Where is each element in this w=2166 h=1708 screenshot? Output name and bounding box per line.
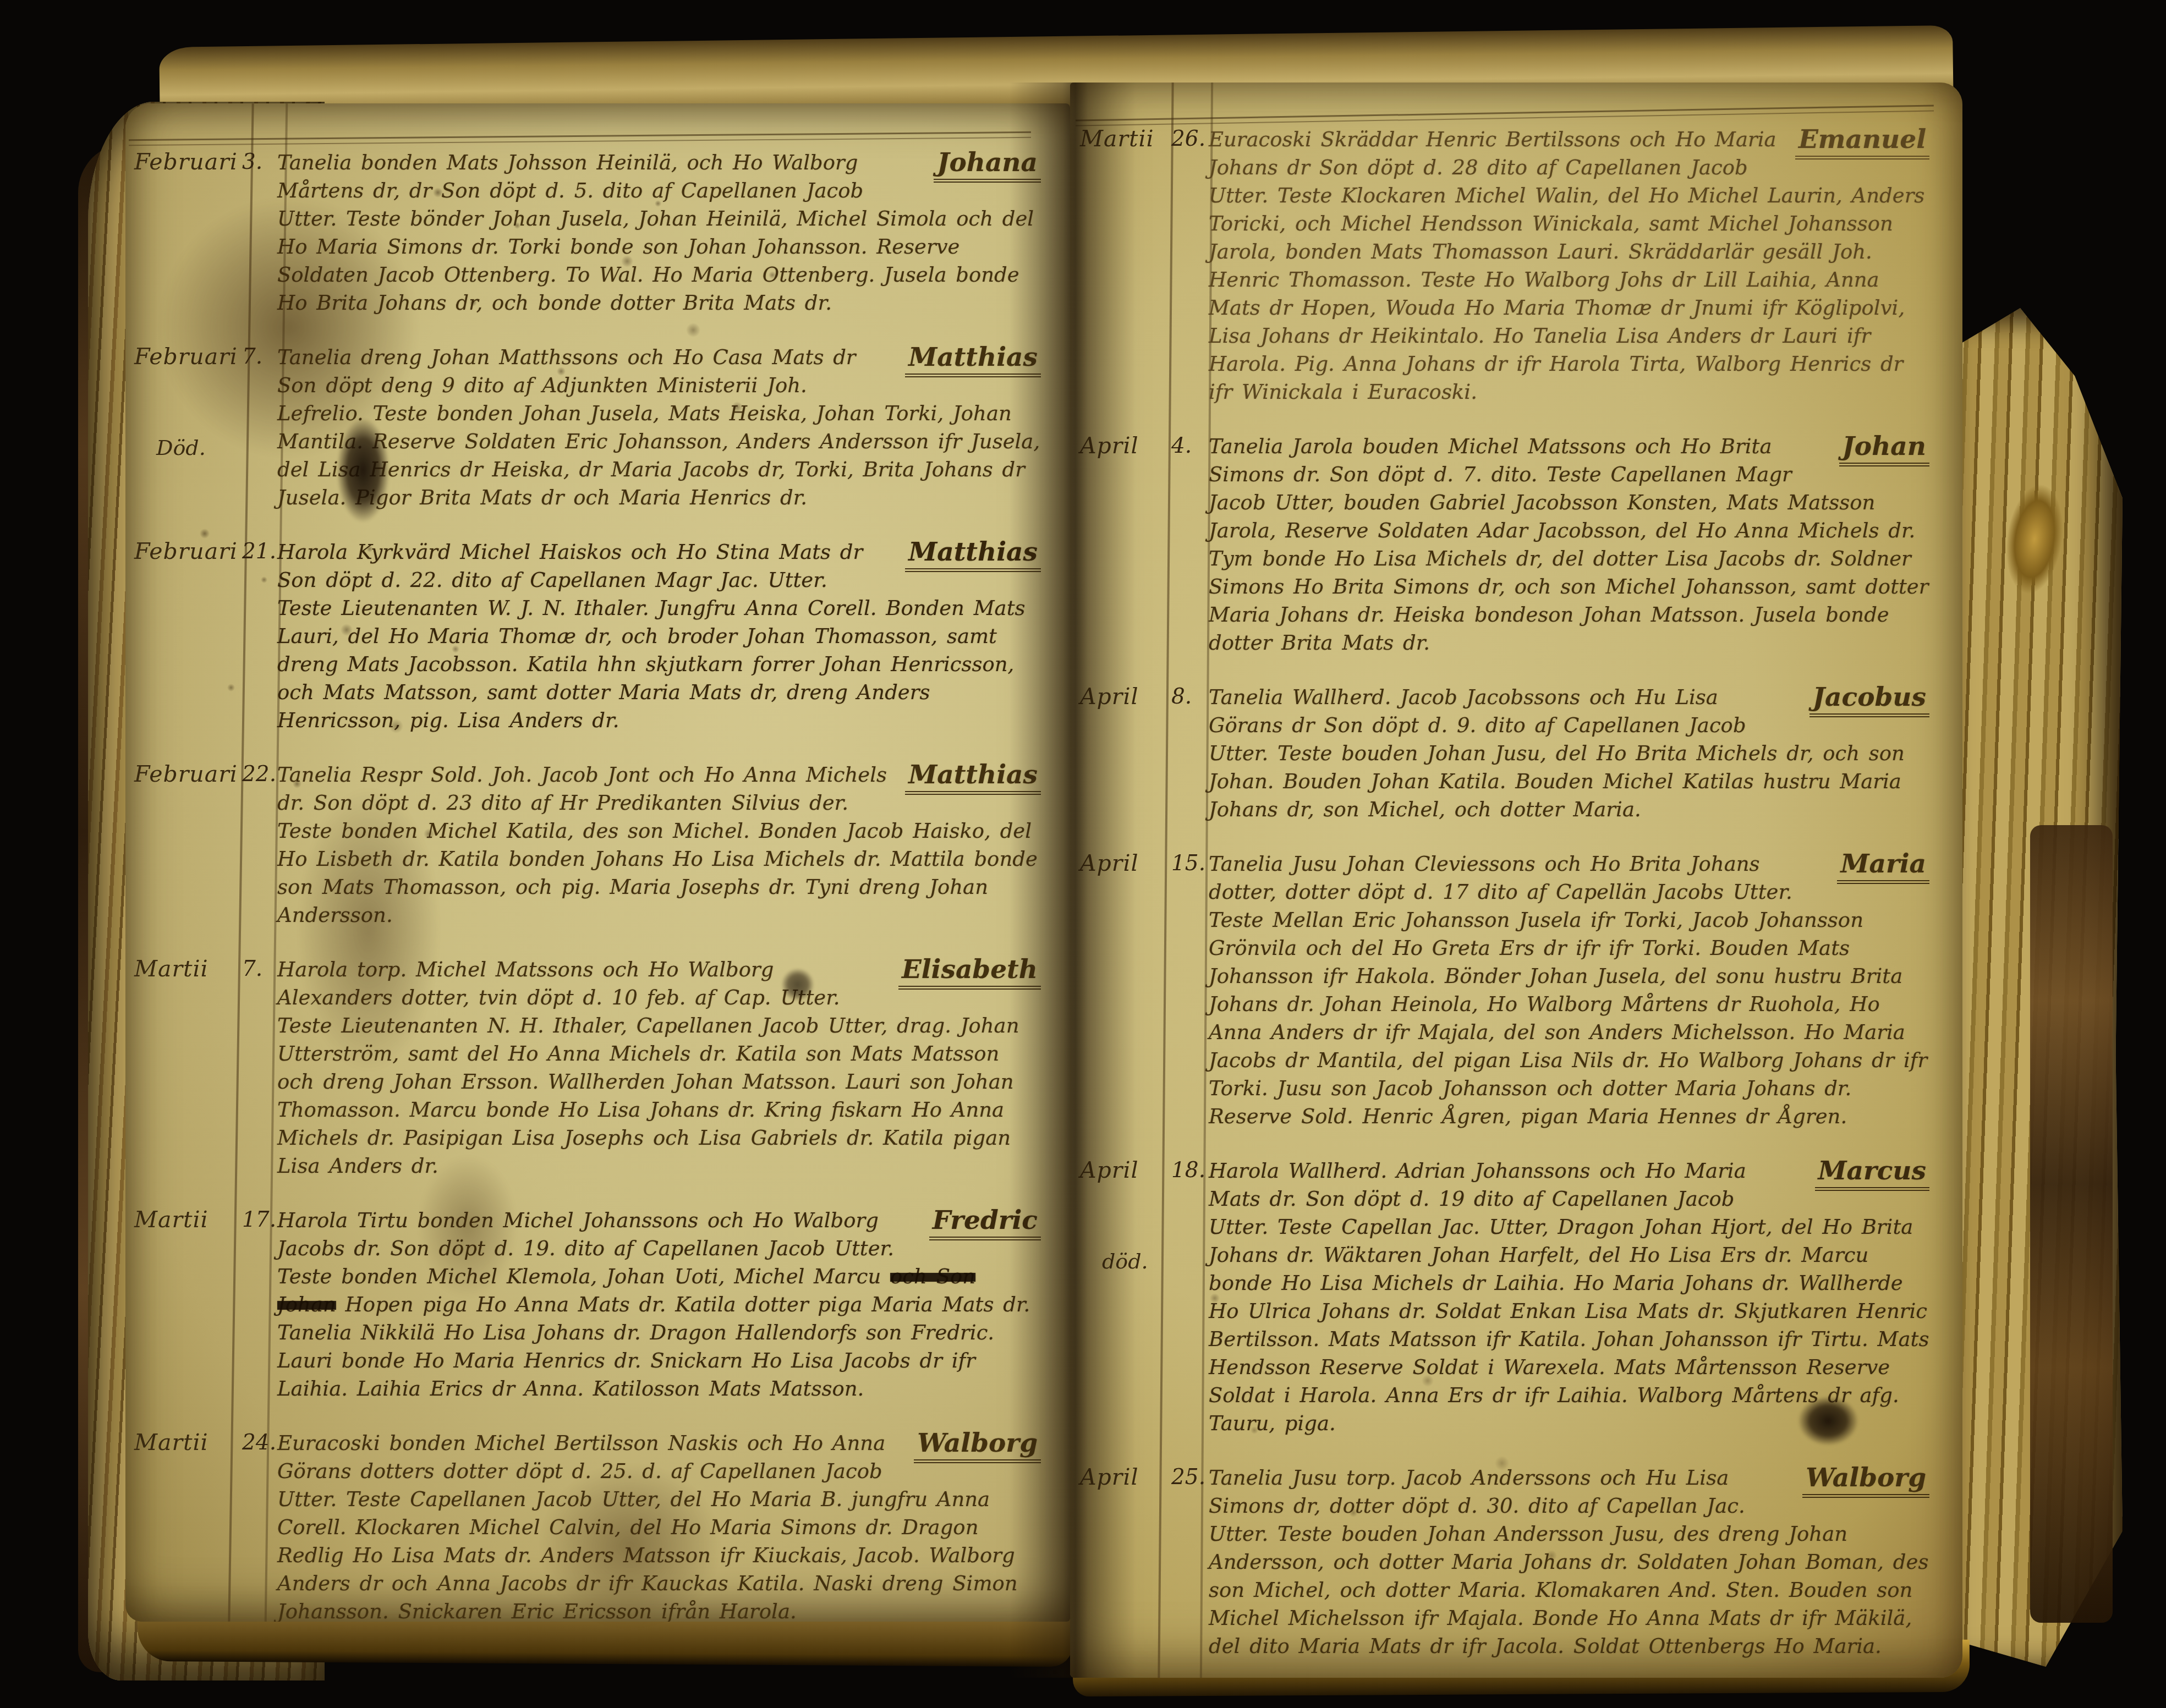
child-name-underlined: Elisabeth — [898, 955, 1041, 990]
entry-margin-column: Martii — [1073, 125, 1171, 152]
entry-body-text: döpt d. 23 dito af Hr Predikanten Silviu… — [277, 791, 1038, 927]
register-entry: Aprildöd.18.MarcusHarola Wallherd. Adria… — [1073, 1157, 1948, 1437]
register-entry: Martii7.ElisabethHarola torp. Michel Mat… — [128, 955, 1063, 1180]
entry-body-text: Hopen piga Ho Anna Mats dr. Katila dotte… — [277, 1293, 1030, 1401]
child-name-underlined: Walborg — [914, 1429, 1041, 1463]
register-entry: Februari22.MatthiasTanelia Respr Sold. J… — [128, 761, 1063, 929]
entry-body-text: döpt d. 30. dito af Capellan Jac. Utter.… — [1209, 1494, 1928, 1658]
entry-day-number: 17. — [242, 1206, 277, 1232]
register-entry: April4.JohanTanelia Jarola bouden Michel… — [1073, 432, 1948, 657]
entry-margin-column: Martii — [128, 955, 242, 982]
entry-month-label: Martii — [1080, 125, 1171, 152]
entry-margin-column: Februari — [128, 149, 242, 175]
entry-body: MatthiasHarola Kyrkvärd Michel Haiskos o… — [277, 538, 1063, 734]
entry-day-number: 21. — [242, 538, 277, 564]
entry-body: MatthiasTanelia Respr Sold. Joh. Jacob J… — [277, 761, 1063, 929]
entry-body-text: döpt d. 17 dito af Capellän Jacobs Utter… — [1209, 880, 1927, 1128]
register-entry: Martii24.WalborgEuracoski bonden Michel … — [128, 1429, 1063, 1622]
left-page-entries: Februari3.JohanaTanelia bonden Mats Johs… — [128, 149, 1063, 1622]
entry-body-text: döpt d. 22. dito af Capellanen Magr Jac.… — [277, 568, 1026, 732]
child-name-underlined: Marcus — [1815, 1157, 1930, 1191]
right-page: Martii26.EmanuelEuracoski Skräddar Henri… — [1070, 83, 1962, 1678]
entry-day-number: 15. — [1171, 850, 1209, 876]
entry-body-text: döpt d. 25. d. af Capellanen Jacob Utter… — [277, 1459, 1018, 1622]
right-page-entries: Martii26.EmanuelEuracoski Skräddar Henri… — [1073, 125, 1948, 1660]
register-entry: Februari21.MatthiasHarola Kyrkvärd Miche… — [128, 538, 1063, 734]
child-name-underlined: Johana — [934, 149, 1041, 183]
entry-death-note: död. — [1080, 1249, 1171, 1273]
child-name-underlined: Maria — [1837, 850, 1929, 884]
register-entry: April25.WalborgTanelia Jusu torp. Jacob … — [1073, 1464, 1948, 1660]
register-entry: Februari3.JohanaTanelia bonden Mats Johs… — [128, 149, 1063, 317]
register-entry: April8.JacobusTanelia Wallherd. Jacob Ja… — [1073, 683, 1948, 823]
entry-body: ElisabethHarola torp. Michel Matssons oc… — [277, 955, 1063, 1180]
entry-day-number: 7. — [242, 955, 277, 981]
entry-day-number: 7. — [242, 343, 277, 369]
child-name-underlined: Emanuel — [1795, 125, 1929, 160]
entry-margin-column: FebruariDöd. — [128, 343, 242, 460]
entry-month-label: Februari — [134, 343, 242, 370]
entry-month-label: April — [1080, 1157, 1171, 1183]
entry-margin-column: April — [1073, 1464, 1171, 1490]
child-name-underlined: Johan — [1839, 432, 1929, 466]
left-top-rule — [129, 131, 1031, 146]
entry-margin-column: Martii — [128, 1206, 242, 1233]
register-entry: Martii17.FredricHarola Tirtu bonden Mich… — [128, 1206, 1063, 1403]
child-name-underlined: Fredric — [929, 1206, 1041, 1240]
entry-month-label: Martii — [134, 1206, 242, 1233]
entry-body: MariaTanelia Jusu Johan Cleviessons och … — [1209, 850, 1948, 1130]
entry-day-number: 18. — [1171, 1157, 1209, 1183]
entry-day-number: 25. — [1171, 1464, 1209, 1490]
child-name-underlined: Matthias — [905, 538, 1041, 572]
entry-day-number: 22. — [242, 761, 277, 787]
entry-body: WalborgTanelia Jusu torp. Jacob Andersso… — [1209, 1464, 1948, 1660]
entry-month-label: Martii — [134, 1429, 242, 1456]
entry-month-label: Februari — [134, 149, 242, 175]
child-name-underlined: Walborg — [1802, 1464, 1929, 1498]
entry-body-text: döpt d. 10 feb. af Cap. Utter. Teste Lie… — [277, 986, 1019, 1178]
child-name-underlined: Matthias — [905, 343, 1041, 377]
entry-body-text: döpt d. 28 dito af Capellanen Jacob Utte… — [1209, 156, 1924, 404]
entry-body-text: döpt d. 19 dito af Capellanen Jacob Utte… — [1209, 1187, 1929, 1435]
entry-month-label: April — [1080, 683, 1171, 710]
entry-body: MarcusHarola Wallherd. Adrian Johanssons… — [1209, 1157, 1948, 1437]
entry-body: JohanTanelia Jarola bouden Michel Matsso… — [1209, 432, 1948, 657]
entry-body-text: döpt deng 9 dito af Adjunkten Ministerii… — [277, 374, 1040, 509]
register-entry: FebruariDöd.7.MatthiasTanelia dreng Joha… — [128, 343, 1063, 512]
entry-body: FredricHarola Tirtu bonden Michel Johans… — [277, 1206, 1063, 1403]
entry-month-label: Februari — [134, 761, 242, 787]
entry-day-number: 26. — [1171, 125, 1209, 151]
entry-day-number: 8. — [1171, 683, 1209, 709]
entry-month-label: Martii — [134, 955, 242, 982]
entry-margin-column: Aprildöd. — [1073, 1157, 1171, 1273]
entry-month-label: April — [1080, 1464, 1171, 1490]
entry-margin-column: April — [1073, 683, 1171, 710]
entry-body: JohanaTanelia bonden Mats Johsson Heinil… — [277, 149, 1063, 317]
child-name-underlined: Matthias — [905, 761, 1041, 795]
entry-month-label: April — [1080, 432, 1171, 459]
entry-day-number: 4. — [1171, 432, 1209, 458]
entry-body: EmanuelEuracoski Skräddar Henric Bertils… — [1209, 125, 1948, 406]
right-top-rule — [1076, 105, 1934, 126]
entry-body: JacobusTanelia Wallherd. Jacob Jacobsson… — [1209, 683, 1948, 823]
entry-margin-column: Martii — [128, 1429, 242, 1456]
entry-day-number: 24. — [242, 1429, 277, 1455]
register-entry: Martii26.EmanuelEuracoski Skräddar Henri… — [1073, 125, 1948, 406]
entry-margin-column: April — [1073, 432, 1171, 459]
register-entry: April15.MariaTanelia Jusu Johan Cleviess… — [1073, 850, 1948, 1130]
entry-month-label: Februari — [134, 538, 242, 564]
child-name-underlined: Jacobus — [1809, 683, 1929, 717]
entry-margin-column: April — [1073, 850, 1171, 876]
entry-margin-column: Februari — [128, 538, 242, 564]
entry-body-text: döpt d. 7. dito. Teste Capellanen Magr J… — [1209, 463, 1928, 655]
entry-death-note: Död. — [134, 436, 242, 460]
book-photo: Februari3.JohanaTanelia bonden Mats Johs… — [0, 0, 2166, 1708]
entry-day-number: 3. — [242, 149, 277, 174]
entry-body: WalborgEuracoski bonden Michel Bertilsso… — [277, 1429, 1063, 1622]
entry-body: MatthiasTanelia dreng Johan Matthssons o… — [277, 343, 1063, 512]
right-binding-strip — [2030, 825, 2113, 1623]
entry-month-label: April — [1080, 850, 1171, 876]
left-page: Februari3.JohanaTanelia bonden Mats Johs… — [125, 103, 1070, 1622]
entry-margin-column: Februari — [128, 761, 242, 787]
